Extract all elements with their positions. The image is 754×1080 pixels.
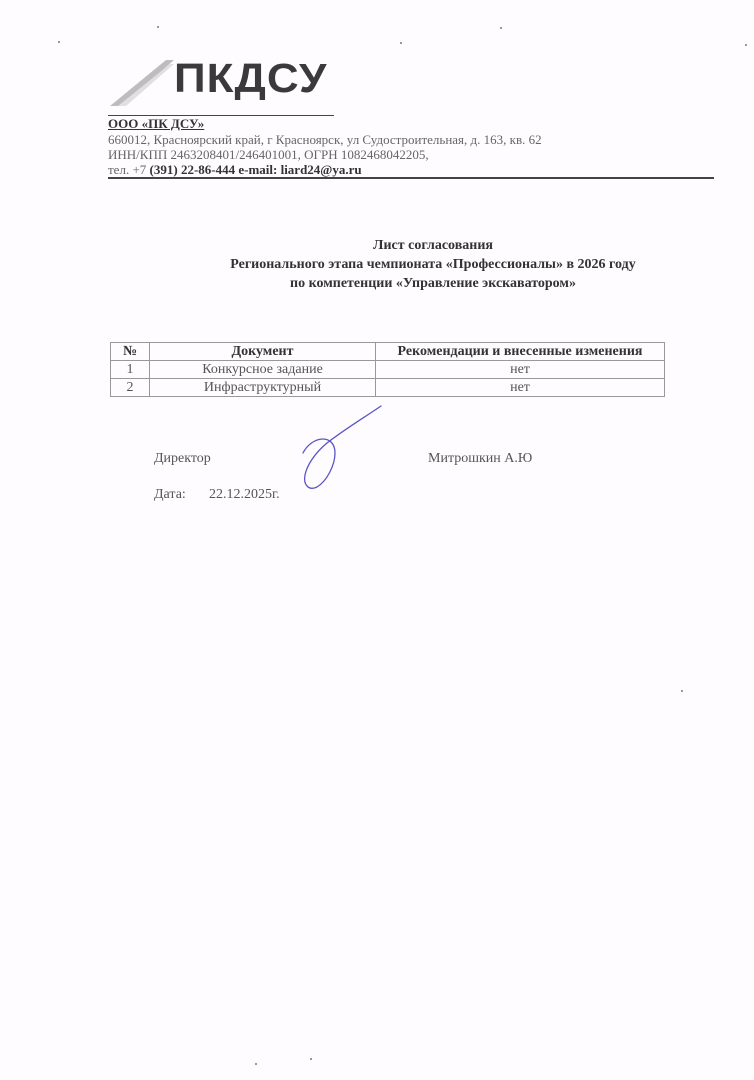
title-line-3: по компетенции «Управление экскаватором»	[0, 274, 754, 293]
signer-position: Директор	[154, 451, 211, 467]
title-line-2: Регионального этапа чемпионата «Професси…	[0, 255, 754, 274]
date-label: Дата:	[154, 487, 186, 503]
row-changes: нет	[376, 379, 665, 397]
company-logo: ПКДСУ	[108, 58, 338, 108]
phone-prefix: тел. +7	[108, 162, 146, 177]
title-line-1: Лист согласования	[0, 236, 754, 255]
signer-name: Митрошкин А.Ю	[428, 451, 532, 467]
header-document: Документ	[150, 343, 376, 361]
company-contacts: тел. +7 (391) 22-86-444 e-mail: liard24@…	[108, 162, 362, 178]
approval-table: № Документ Рекомендации и внесенные изме…	[110, 342, 665, 397]
company-registration: ИНН/КПП 2463208401/246401001, ОГРН 10824…	[108, 147, 429, 163]
row-number: 1	[111, 361, 150, 379]
scan-speck	[745, 44, 747, 46]
phone-email: (391) 22-86-444 e-mail: liard24@ya.ru	[150, 162, 362, 177]
header-changes: Рекомендации и внесенные изменения	[376, 343, 665, 361]
scan-speck	[500, 27, 502, 29]
company-name: ООО «ПК ДСУ»	[108, 116, 204, 132]
handwritten-signature-icon	[295, 403, 390, 493]
table-row: 1 Конкурсное задание нет	[111, 361, 665, 379]
row-document: Конкурсное задание	[150, 361, 376, 379]
table-row: 2 Инфраструктурный нет	[111, 379, 665, 397]
document-title: Лист согласования Регионального этапа че…	[0, 236, 754, 293]
logo-text: ПКДСУ	[174, 56, 327, 102]
header-number: №	[111, 343, 150, 361]
scan-speck	[58, 41, 60, 43]
scan-speck	[255, 1063, 257, 1065]
row-changes: нет	[376, 361, 665, 379]
logo-slash-icon	[108, 58, 178, 108]
scan-speck	[400, 42, 402, 44]
letterhead-divider	[108, 177, 714, 179]
scan-speck	[681, 690, 683, 692]
company-address: 660012, Красноярский край, г Красноярск,…	[108, 132, 542, 148]
date-value: 22.12.2025г.	[209, 487, 280, 503]
row-document: Инфраструктурный	[150, 379, 376, 397]
scan-speck	[157, 26, 159, 28]
scan-speck	[310, 1058, 312, 1060]
row-number: 2	[111, 379, 150, 397]
table-header-row: № Документ Рекомендации и внесенные изме…	[111, 343, 665, 361]
